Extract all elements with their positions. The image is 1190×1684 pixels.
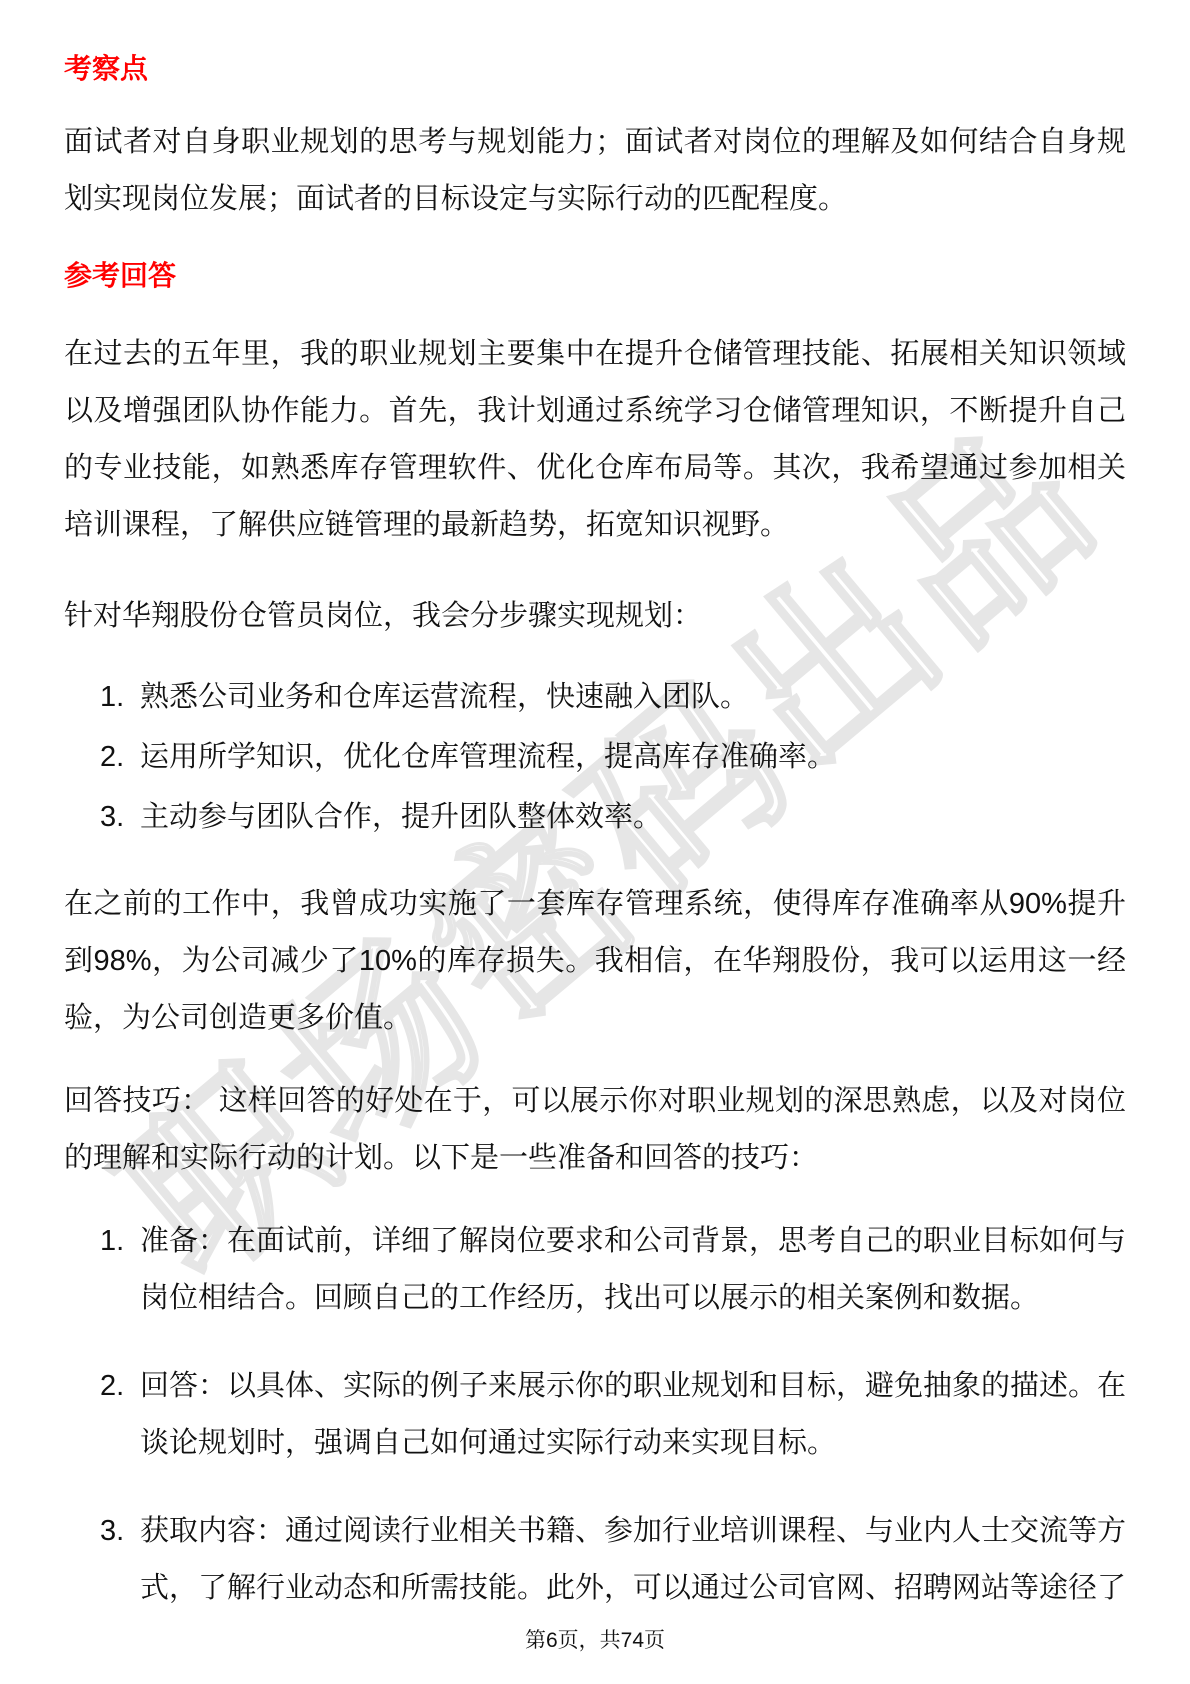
list-text: 运用所学知识，优化仓库管理流程，提高库存准确率。	[140, 729, 1126, 786]
list-number: 1.	[100, 1213, 140, 1327]
list-text: 回答：以具体、实际的例子来展示你的职业规划和目标，避免抽象的描述。在谈论规划时，…	[140, 1358, 1126, 1472]
plan-step-item: 2. 运用所学知识，优化仓库管理流程，提高库存准确率。	[100, 729, 1126, 786]
section-heading-reference-answer: 参考回答	[64, 256, 1126, 296]
list-number: 1.	[100, 669, 140, 726]
answer-tips-list: 1. 准备：在面试前，详细了解岗位要求和公司背景，思考自己的职业目标如何与岗位相…	[64, 1213, 1126, 1617]
document-page: 职场密码出品 考察点 面试者对自身职业规划的思考与规划能力；面试者对岗位的理解及…	[0, 0, 1190, 1684]
list-text: 准备：在面试前，详细了解岗位要求和公司背景，思考自己的职业目标如何与岗位相结合。…	[140, 1213, 1126, 1327]
tip-item: 2. 回答：以具体、实际的例子来展示你的职业规划和目标，避免抽象的描述。在谈论规…	[100, 1358, 1126, 1472]
list-text: 主动参与团队合作，提升团队整体效率。	[140, 789, 1126, 846]
tip-item: 1. 准备：在面试前，详细了解岗位要求和公司背景，思考自己的职业目标如何与岗位相…	[100, 1213, 1126, 1327]
list-number: 3.	[100, 1503, 140, 1617]
plan-step-item: 1. 熟悉公司业务和仓库运营流程，快速融入团队。	[100, 669, 1126, 726]
tip-item: 3. 获取内容：通过阅读行业相关书籍、参加行业培训课程、与业内人士交流等方式，了…	[100, 1503, 1126, 1617]
plan-steps-list: 1. 熟悉公司业务和仓库运营流程，快速融入团队。 2. 运用所学知识，优化仓库管…	[64, 669, 1126, 846]
plan-step-item: 3. 主动参与团队合作，提升团队整体效率。	[100, 789, 1126, 846]
page-number: 第6页，共74页	[0, 1626, 1190, 1656]
list-number: 3.	[100, 789, 140, 846]
paragraph-examination-points: 面试者对自身职业规划的思考与规划能力；面试者对岗位的理解及如何结合自身规划实现岗…	[64, 114, 1126, 228]
paragraph-answer-tips-intro: 回答技巧： 这样回答的好处在于，可以展示你对职业规划的深思熟虑，以及对岗位的理解…	[64, 1073, 1126, 1187]
paragraph-plan-intro: 针对华翔股份仓管员岗位，我会分步骤实现规划：	[64, 588, 1126, 645]
document-content: 考察点 面试者对自身职业规划的思考与规划能力；面试者对岗位的理解及如何结合自身规…	[0, 49, 1190, 1617]
list-text: 熟悉公司业务和仓库运营流程，快速融入团队。	[140, 669, 1126, 726]
list-text: 获取内容：通过阅读行业相关书籍、参加行业培训课程、与业内人士交流等方式，了解行业…	[140, 1503, 1126, 1617]
paragraph-past-experience: 在之前的工作中，我曾成功实施了一套库存管理系统，使得库存准确率从90%提升到98…	[64, 876, 1126, 1047]
section-heading-examination-points: 考察点	[64, 49, 1126, 89]
paragraph-career-plan-overview: 在过去的五年里，我的职业规划主要集中在提升仓储管理技能、拓展相关知识领域以及增强…	[64, 326, 1126, 554]
list-number: 2.	[100, 1358, 140, 1472]
list-number: 2.	[100, 729, 140, 786]
